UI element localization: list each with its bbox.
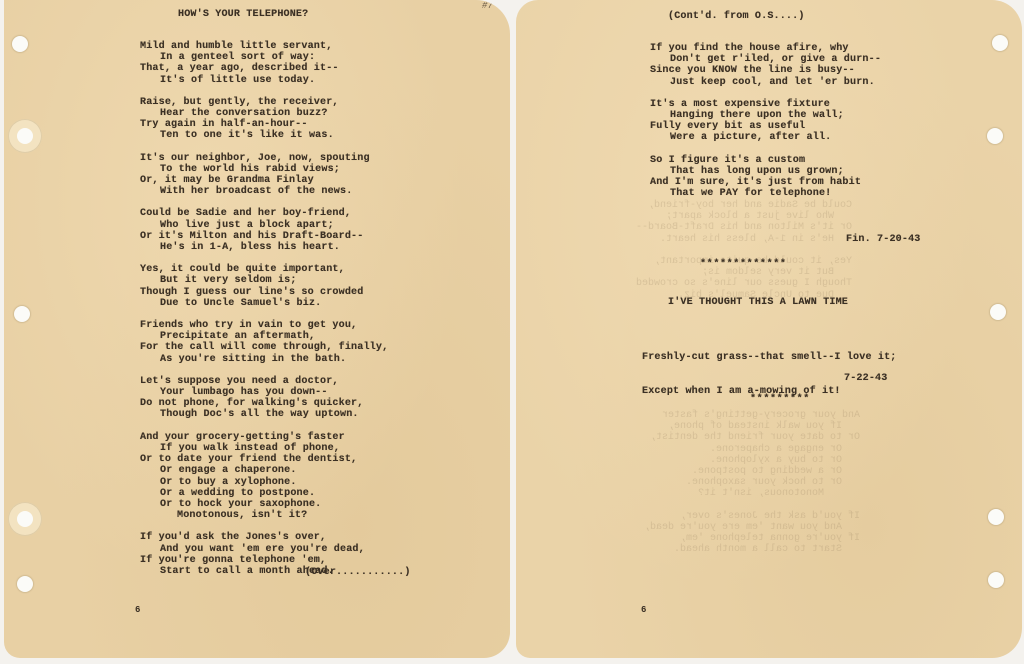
poem-line: Do not phone, for walking's quicker, [140,398,388,409]
poem-line: With her broadcast of the news. [140,186,388,197]
punch-hole [990,304,1006,320]
poem-line: Your lumbago has you down-- [140,387,388,398]
poem-line: Who live just a block apart; [140,220,388,231]
punch-hole [17,576,33,592]
stanza: It's a most expensive fixtureHanging the… [650,99,881,144]
poem-line: Just keep cool, and let 'er burn. [650,77,881,88]
poem-line: If you walk instead of phone, [140,443,388,454]
poem-line: And your grocery-getting's faster [140,432,388,443]
poem-line: Let's suppose you need a doctor, [140,376,388,387]
poem-line: Hear the conversation buzz? [140,108,388,119]
poem-line: Though Doc's all the way uptown. [140,409,388,420]
poem-line: Friends who try in vain to get you, [140,320,388,331]
punch-hole [992,35,1008,51]
poem-line: Mild and humble little servant, [140,41,388,52]
couplet-line: Freshly-cut grass--that smell--I love it… [642,352,897,363]
stanza: If you find the house afire, whyDon't ge… [650,43,881,88]
second-date: 7-22-43 [844,373,887,384]
punch-hole [17,128,33,144]
stanza: Yes, it could be quite important,But it … [140,264,388,309]
poem-line: Since you KNOW the line is busy-- [650,65,881,76]
stanza: Raise, but gently, the receiver,Hear the… [140,97,388,142]
poem-line: In a genteel sort of way: [140,52,388,63]
left-page: #7 HOW'S YOUR TELEPHONE? Mild and humble… [4,0,510,658]
poem-line: As you're sitting in the bath. [140,354,388,365]
poem-line: Hanging there upon the wall; [650,110,881,121]
finish-date: Fin. 7-20-43 [846,234,921,245]
stanza: It's our neighbor, Joe, now, spoutingTo … [140,153,388,198]
poem-line: Or to hock your saxophone. [140,499,388,510]
stanza: So I figure it's a customThat has long u… [650,155,881,200]
stanza: Friends who try in vain to get you,Preci… [140,320,388,365]
right-page: Could be Sadie and her boy-friend, Who l… [516,0,1022,658]
hole-reinforcer [8,502,42,536]
poem-line: And I'm sure, it's just from habit [650,177,881,188]
poem-line: To the world his rabid views; [140,164,388,175]
poem-line: Try again in half-an-hour-- [140,119,388,130]
poem-line: Ten to one it's like it was. [140,130,388,141]
punch-hole [987,128,1003,144]
continued-note: (Cont'd. from O.S....) [668,11,805,22]
stanza: Let's suppose you need a doctor,Your lum… [140,376,388,421]
poem-line: He's in 1-A, bless his heart. [140,242,388,253]
punch-hole [17,511,33,527]
poem-line: Yes, it could be quite important, [140,264,388,275]
poem-line: Were a picture, after all. [650,132,881,143]
poem-line: Or, it may be Grandma Finlay [140,175,388,186]
poem-line: Fully every bit as useful [650,121,881,132]
page-number: 6 [135,605,140,615]
poem-body: Mild and humble little servant,In a gent… [140,41,388,588]
punch-hole [988,572,1004,588]
separator-stars: ************* [700,259,787,270]
poem-line: Raise, but gently, the receiver, [140,97,388,108]
poem-line: Don't get r'iled, or give a durn-- [650,54,881,65]
poem-line: Or engage a chaperone. [140,465,388,476]
poem-line: That has long upon us grown; [650,166,881,177]
poem-line: That we PAY for telephone! [650,188,881,199]
poem-title: HOW'S YOUR TELEPHONE? [178,9,308,20]
poem-line: It's a most expensive fixture [650,99,881,110]
poem-line: If you find the house afire, why [650,43,881,54]
poem-line: It's our neighbor, Joe, now, spouting [140,153,388,164]
stanza: And your grocery-getting's fasterIf you … [140,432,388,522]
bleed-through-text: Could be Sadie and her boy-friend, Who l… [636,200,852,301]
poem-body-continued: If you find the house afire, whyDon't ge… [650,43,881,210]
page-number: 6 [641,605,646,615]
poem-line: Or to buy a xylophone. [140,477,388,488]
separator-stars: ********* [750,394,810,405]
poem-line: For the call will come through, finally, [140,342,388,353]
poem-line: Precipitate an aftermath, [140,331,388,342]
second-poem-title: I'VE THOUGHT THIS A LAWN TIME [668,297,848,308]
punch-hole [14,306,30,322]
poem-line: Or a wedding to postpone. [140,488,388,499]
poem-line: And you want 'em ere you're dead, [140,544,388,555]
over-note: (Over...........) [305,567,411,578]
stanza: Could be Sadie and her boy-friend,Who li… [140,208,388,253]
stanza: Mild and humble little servant,In a gent… [140,41,388,86]
hole-reinforcer [8,119,42,153]
poem-line: Monotonous, isn't it? [140,510,388,521]
poem-line: It's of little use today. [140,75,388,86]
poem-line: Could be Sadie and her boy-friend, [140,208,388,219]
poem-line: If you're gonna telephone 'em, [140,555,388,566]
poem-line: If you'd ask the Jones's over, [140,532,388,543]
poem-line: Due to Uncle Samuel's biz. [140,298,388,309]
poem-line: So I figure it's a custom [650,155,881,166]
corner-mark: #7 [482,1,493,11]
poem-line: Or to date your friend the dentist, [140,454,388,465]
punch-hole [12,36,28,52]
poem-line: That, a year ago, described it-- [140,63,388,74]
punch-hole [988,509,1004,525]
poem-line: Though I guess our line's so crowded [140,287,388,298]
bleed-through-text: And your grocery-getting's faster If you… [644,410,860,556]
poem-line: Or it's Milton and his Draft-Board-- [140,231,388,242]
poem-line: But it very seldom is; [140,275,388,286]
